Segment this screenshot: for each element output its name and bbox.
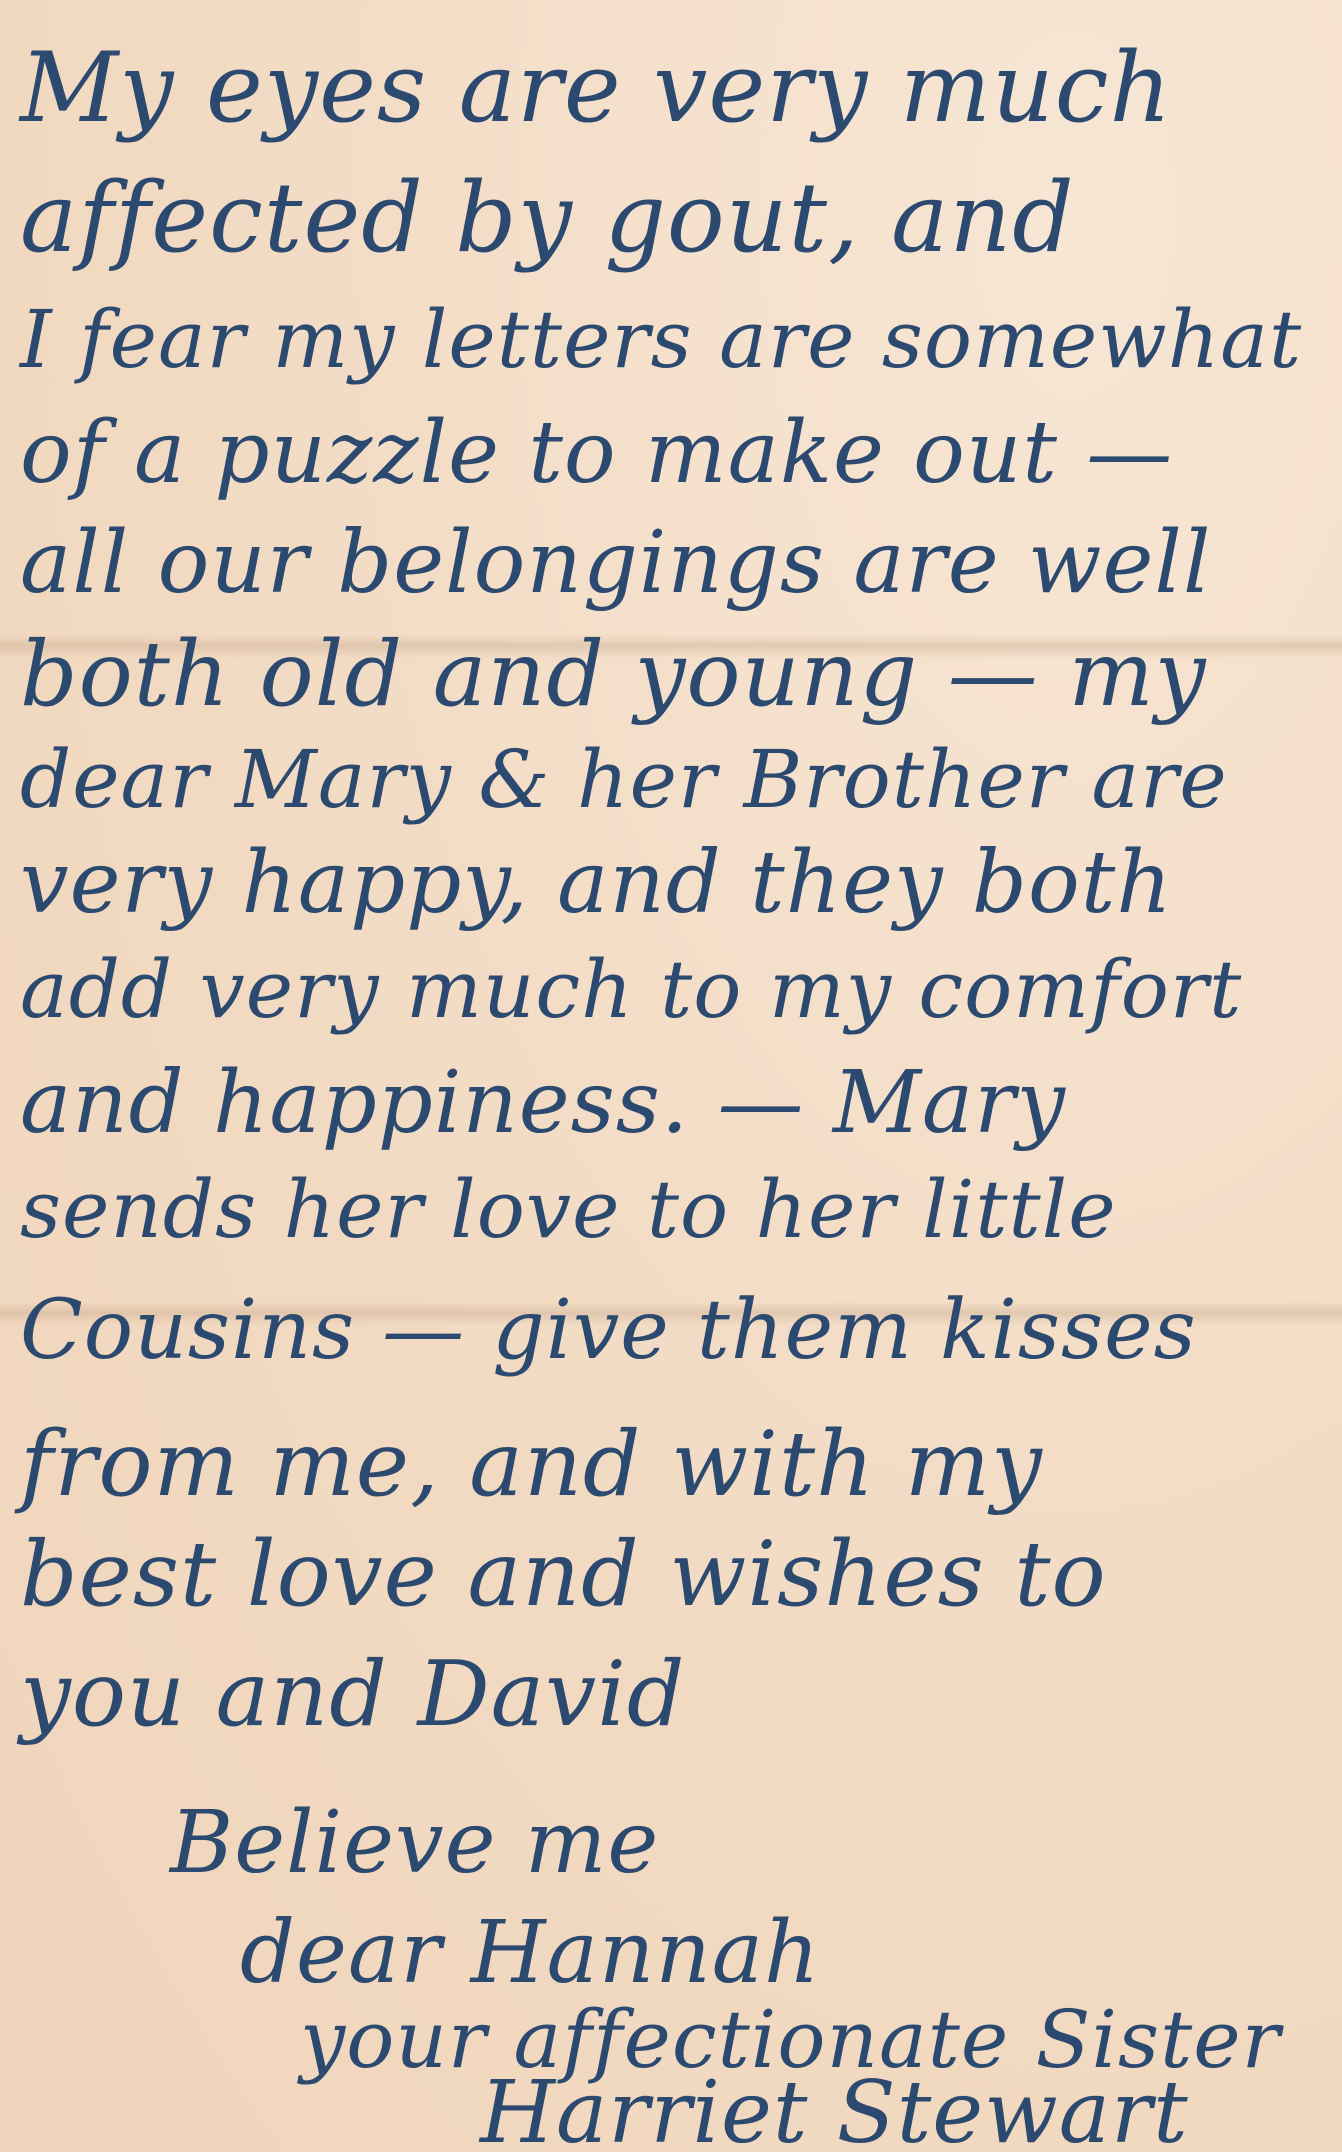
letter-line: of a puzzle to make out — [20,410,1173,496]
letter-line: dear Mary & her Brother are [20,740,1228,820]
letter-line: add very much to my comfort [20,950,1242,1030]
letter-line: I fear my letters are somewhat [20,300,1302,380]
letter-line: very happy, and they both [20,840,1173,926]
letter-page: My eyes are very much affected by gout, … [0,0,1342,2152]
letter-line: My eyes are very much [20,40,1172,136]
letter-line: all our belongings are well [20,520,1211,606]
signature: Harriet Stewart [480,2070,1189,2152]
letter-line: Cousins — give them kisses [20,1290,1197,1372]
letter-line: both old and young — my [20,630,1207,720]
letter-line: best love and wishes to [20,1530,1107,1620]
letter-line: affected by gout, and [20,170,1075,266]
closing-salutation: dear Hannah [240,1910,820,1996]
letter-line: sends her love to her little [20,1170,1117,1250]
letter-line: you and David [20,1650,686,1740]
letter-line: from me, and with my [20,1420,1043,1510]
closing-line: Believe me [170,1800,659,1886]
letter-line: and happiness. — Mary [20,1060,1066,1146]
